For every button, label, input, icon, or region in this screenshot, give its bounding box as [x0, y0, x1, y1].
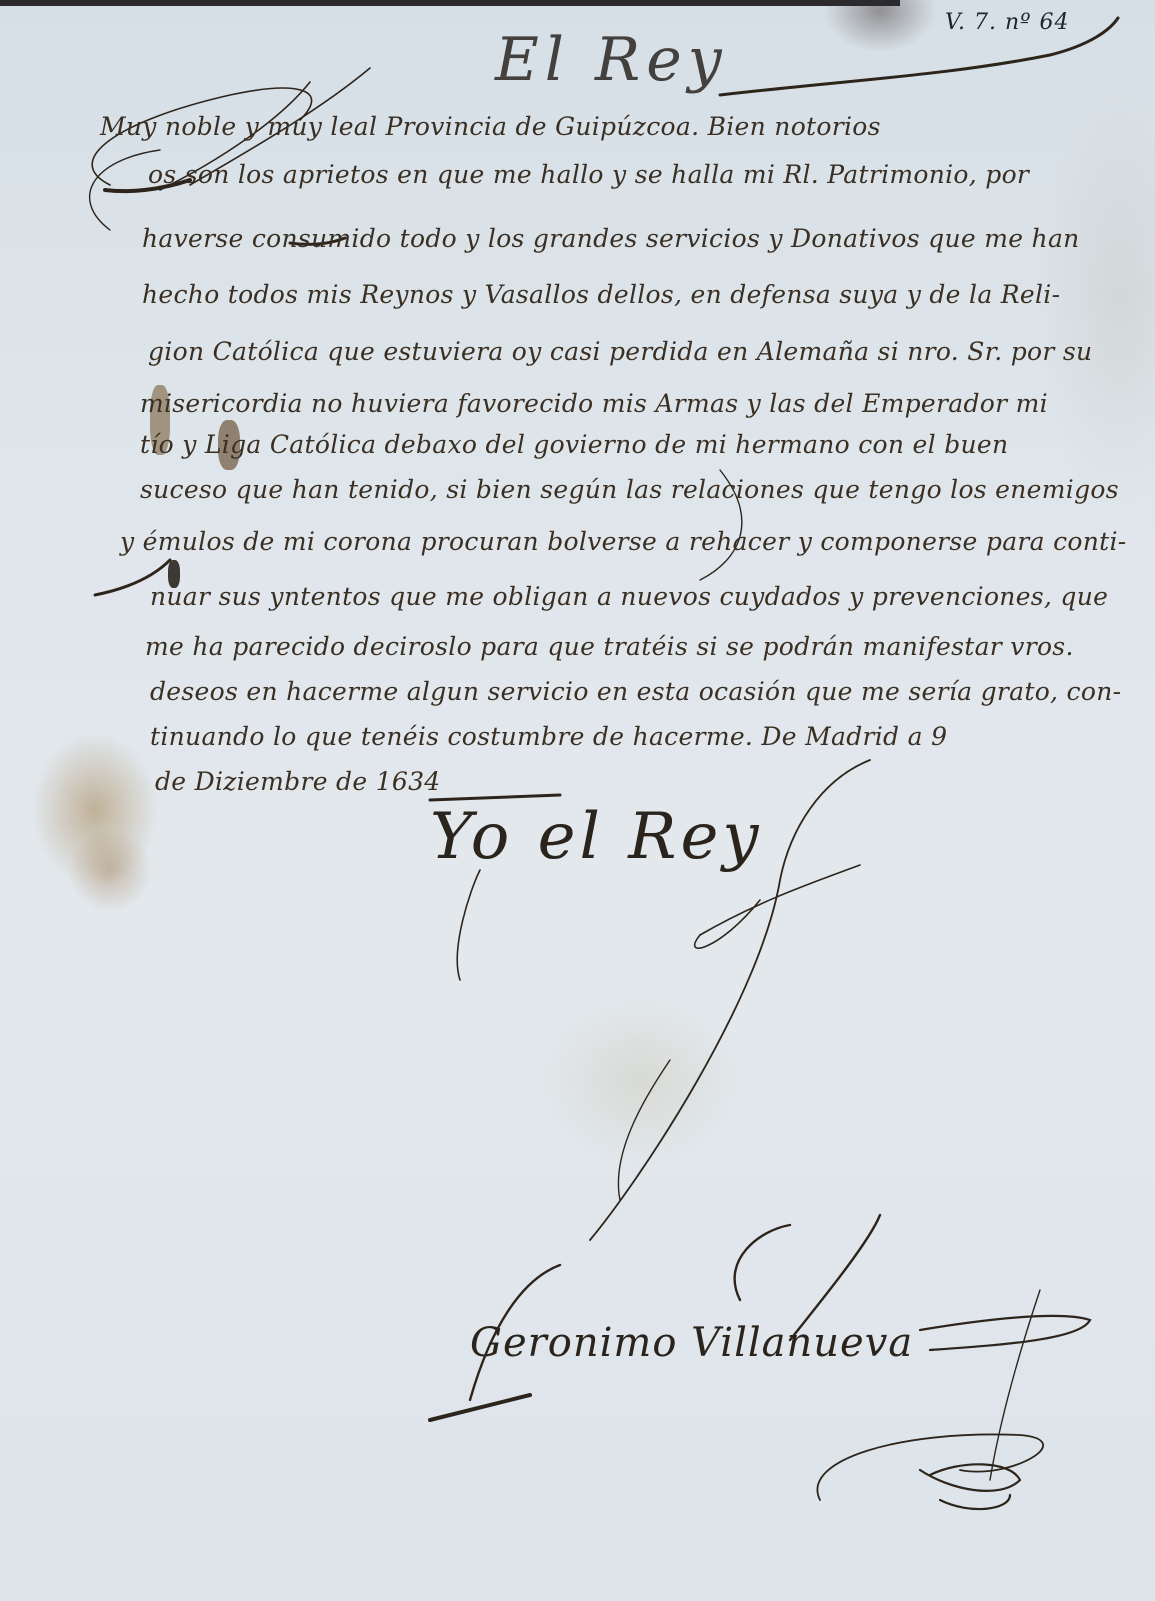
manuscript-page: V. 7. nº 64 El Rey Muy noble y muy leal … — [0, 0, 1155, 1601]
body-line: deseos en hacerme algun servicio en esta… — [150, 677, 1121, 706]
archive-reference: V. 7. nº 64 — [945, 10, 1070, 35]
letter-heading: El Rey — [495, 25, 728, 95]
body-line: nuar sus yntentos que me obligan a nuevo… — [150, 582, 1108, 611]
body-line: tinuando lo que tenéis costumbre de hace… — [150, 722, 947, 751]
body-line: os son los aprietos en que me hallo y se… — [148, 160, 1029, 189]
body-line: haverse consumido todo y los grandes ser… — [142, 224, 1080, 253]
body-line: hecho todos mis Reynos y Vasallos dellos… — [142, 280, 1060, 309]
secretary-signature: Geronimo Villanueva — [470, 1320, 913, 1366]
body-line: gion Católica que estuviera oy casi perd… — [148, 337, 1092, 366]
body-line: y émulos de mi corona procuran bolverse … — [120, 527, 1127, 556]
body-line: suceso que han tenido, si bien según las… — [140, 475, 1119, 504]
body-line: Muy noble y muy leal Provincia de Guipúz… — [100, 112, 881, 141]
top-edge-shadow — [0, 0, 900, 6]
king-signature: Yo el Rey — [430, 800, 762, 874]
date-line: de Diziembre de 1634 — [155, 767, 441, 796]
body-line: misericordia no huviera favorecido mis A… — [140, 389, 1048, 418]
body-line: tío y Liga Católica debaxo del govierno … — [140, 430, 1008, 459]
body-line: me ha parecido deciroslo para que tratéi… — [145, 632, 1074, 661]
